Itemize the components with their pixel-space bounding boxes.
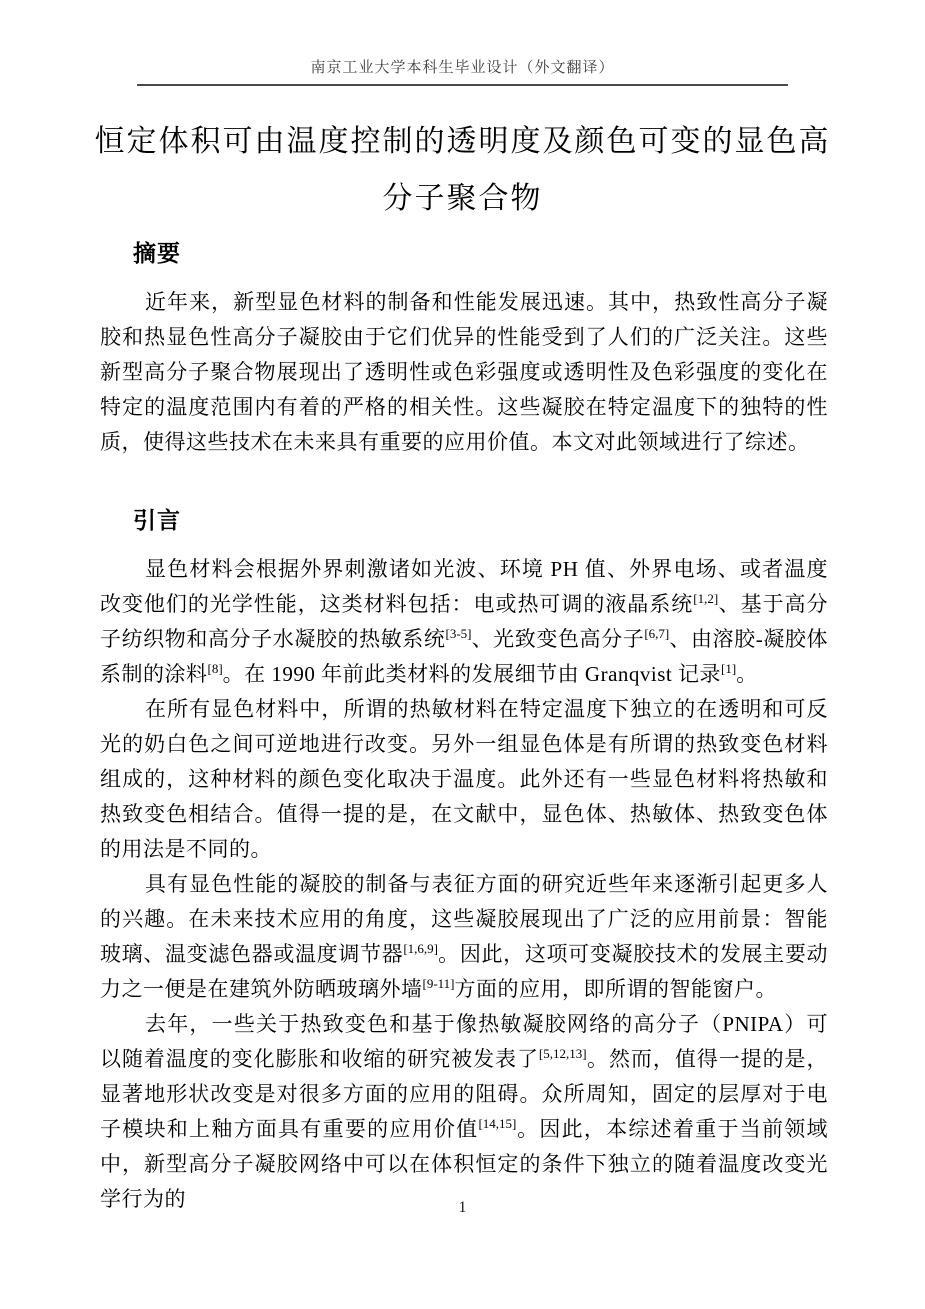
paragraph: 去年，一些关于热致变色和基于像热敏凝胶网络的高分子（PNIPA）可以随着温度的变… <box>100 1007 828 1217</box>
page-header: 南京工业大学本科生毕业设计（外文翻译） <box>0 0 925 86</box>
paragraph: 近年来，新型显色材料的制备和性能发展迅速。其中，热致性高分子凝胶和热显色性高分子… <box>100 285 828 460</box>
section-introduction: 引言 显色材料会根据外界刺激诸如光波、环境 PH 值、外界电场、或者温度改变他们… <box>0 506 925 1217</box>
introduction-body: 显色材料会根据外界刺激诸如光波、环境 PH 值、外界电场、或者温度改变他们的光学… <box>100 552 828 1217</box>
abstract-heading: 摘要 <box>133 239 925 267</box>
section-abstract: 摘要 近年来，新型显色材料的制备和性能发展迅速。其中，热致性高分子凝胶和热显色性… <box>0 239 925 460</box>
document-title: 恒定体积可由温度控制的透明度及颜色可变的显色高 分子聚合物 <box>0 113 925 227</box>
running-head-text: 南京工业大学本科生毕业设计（外文翻译） <box>0 58 925 78</box>
citation-superscript: [5,12,13] <box>539 1046 587 1061</box>
page-number: 1 <box>0 1199 925 1217</box>
title-line-1: 恒定体积可由温度控制的透明度及颜色可变的显色高 <box>0 113 925 170</box>
citation-superscript: [1,6,9] <box>403 941 438 956</box>
citation-superscript: [3-5] <box>446 626 472 641</box>
citation-superscript: [9-11] <box>423 976 455 991</box>
title-line-2: 分子聚合物 <box>0 170 925 227</box>
citation-superscript: [1,2] <box>693 591 718 606</box>
citation-superscript: [14,15] <box>478 1116 516 1131</box>
citation-superscript: [6,7] <box>644 626 669 641</box>
paragraph: 具有显色性能的凝胶的制备与表征方面的研究近些年来逐渐引起更多人的兴趣。在未来技术… <box>100 867 828 1007</box>
paragraph: 显色材料会根据外界刺激诸如光波、环境 PH 值、外界电场、或者温度改变他们的光学… <box>100 552 828 692</box>
introduction-heading: 引言 <box>133 506 925 534</box>
citation-superscript: [1] <box>721 661 736 676</box>
paragraph: 在所有显色材料中，所谓的热敏材料在特定温度下独立的在透明和可反光的奶白色之间可逆… <box>100 692 828 867</box>
document-page: 南京工业大学本科生毕业设计（外文翻译） 恒定体积可由温度控制的透明度及颜色可变的… <box>0 0 925 1309</box>
abstract-body: 近年来，新型显色材料的制备和性能发展迅速。其中，热致性高分子凝胶和热显色性高分子… <box>100 285 828 460</box>
citation-superscript: [8] <box>208 661 223 676</box>
header-rule <box>137 84 788 86</box>
